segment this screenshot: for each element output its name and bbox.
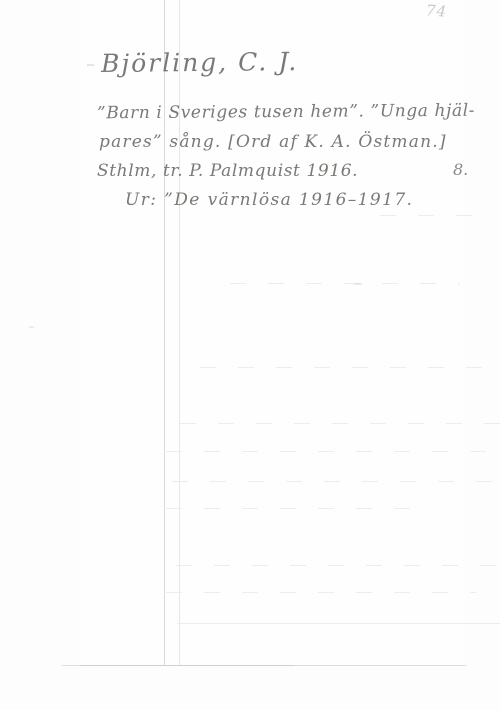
catalog-card (80, 0, 465, 666)
title-line-2: pares” sång. [Ord af K. A. Östman.] (99, 132, 447, 152)
faded-rule-line (200, 367, 490, 368)
author-heading: Björling, C. J. (101, 47, 299, 78)
faded-rule-line (230, 283, 460, 284)
pencil-annotation-number: 74 (425, 1, 447, 20)
scan-speck (87, 64, 94, 66)
card-margin-rule-line (179, 0, 180, 666)
faded-rule-line (166, 451, 500, 452)
faded-rule-line (176, 565, 500, 566)
scan-speck (29, 326, 34, 328)
card-bottom-edge-shadow (80, 665, 295, 666)
scan-speck (354, 283, 362, 285)
faded-rule-line (166, 508, 426, 509)
imprint-line: Sthlm, tr. P. Palmquist 1916. (97, 161, 358, 181)
scanned-catalog-card-page: 74 Björling, C. J. ”Barn i Sveriges tuse… (0, 0, 500, 710)
faded-rule-line (166, 592, 476, 593)
faded-rule-line (380, 215, 475, 216)
faded-rule-line (177, 623, 500, 624)
title-line-1: ”Barn i Sveriges tusen hem”. ”Unga hjäl- (97, 101, 475, 124)
source-note-line: Ur: ”De värnlösa 1916–1917. (125, 190, 413, 210)
faded-rule-line (172, 481, 500, 482)
format-number: 8. (453, 160, 468, 179)
faded-rule-line (180, 423, 500, 424)
card-left-edge-line (164, 0, 165, 666)
